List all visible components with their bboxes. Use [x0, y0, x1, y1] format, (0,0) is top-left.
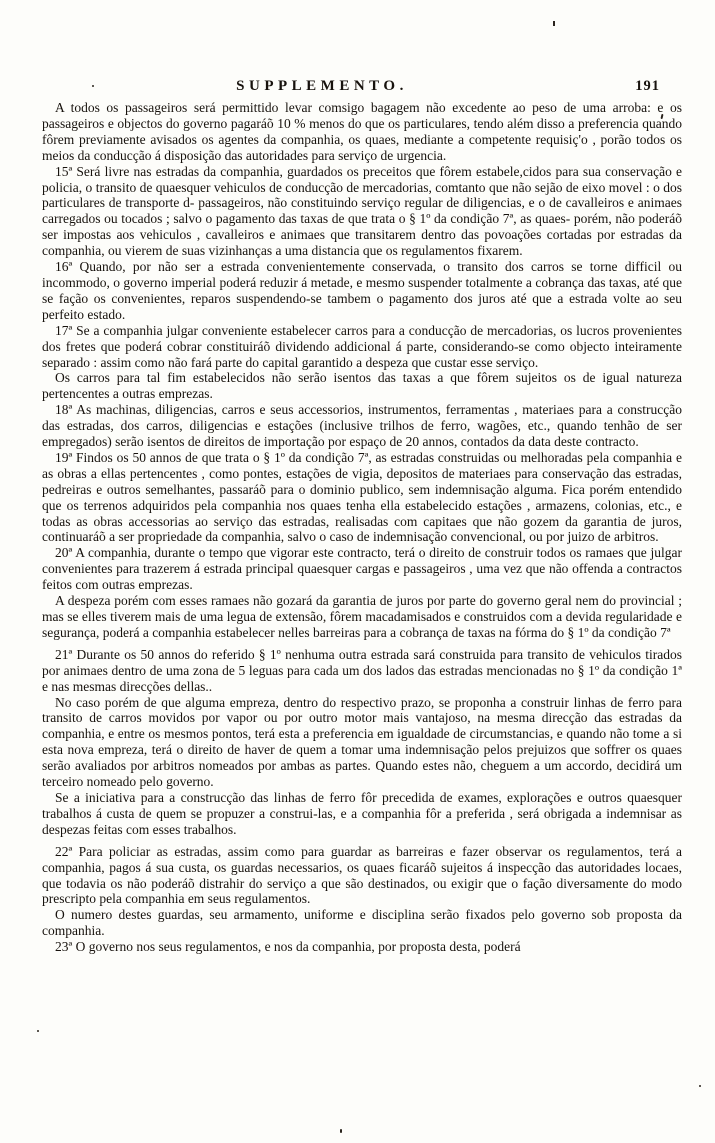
page-number: 191 — [635, 78, 660, 95]
paragraph-baggage-clause: A todos os passageiros será permittido l… — [42, 100, 682, 164]
running-header: SUPPLEMENTO. 191 — [42, 78, 682, 98]
paragraph-condition-19: 19ª Findos os 50 annos de que trata o § … — [42, 450, 682, 545]
paragraph-condition-16: 16ª Quando, por não ser a estrada conven… — [42, 259, 682, 323]
scanned-document-page: SUPPLEMENTO. 191 A todos os passageiros … — [0, 0, 715, 1143]
scan-artifact — [92, 85, 94, 87]
scan-artifact — [37, 1030, 39, 1032]
paragraph-condition-22: 22ª Para policiar as estradas, assim com… — [42, 844, 682, 908]
paragraph-despeza-ramaes: A despeza porém com esses ramaes não goz… — [42, 593, 682, 641]
paragraph-linhas-de-ferro: No caso porém de que alguma empreza, den… — [42, 695, 682, 790]
paragraph-condition-18: 18ª As machinas, diligencias, carros e s… — [42, 402, 682, 450]
scan-artifact — [699, 1085, 701, 1087]
paragraph-condition-20: 20ª A companhia, durante o tempo que vig… — [42, 545, 682, 593]
paragraph-carros-taxas: Os carros para tal fim estabelecidos não… — [42, 370, 682, 402]
paragraph-condition-23: 23ª O governo nos seus regulamentos, e n… — [42, 939, 682, 955]
paragraph-condition-17: 17ª Se a companhia julgar conveniente es… — [42, 323, 682, 371]
paragraph-numero-guardas: O numero destes guardas, seu armamento, … — [42, 907, 682, 939]
paragraph-condition-15: 15ª Será livre nas estradas da companhia… — [42, 164, 682, 259]
scan-artifact — [340, 1129, 342, 1133]
paragraph-iniciativa: Se a iniciativa para a construcção das l… — [42, 790, 682, 838]
page-body: A todos os passageiros será permittido l… — [42, 100, 682, 955]
paragraph-condition-21: 21ª Durante os 50 annos do referido § 1º… — [42, 647, 682, 695]
page-title: SUPPLEMENTO. — [42, 78, 602, 95]
scan-artifact — [553, 21, 555, 26]
